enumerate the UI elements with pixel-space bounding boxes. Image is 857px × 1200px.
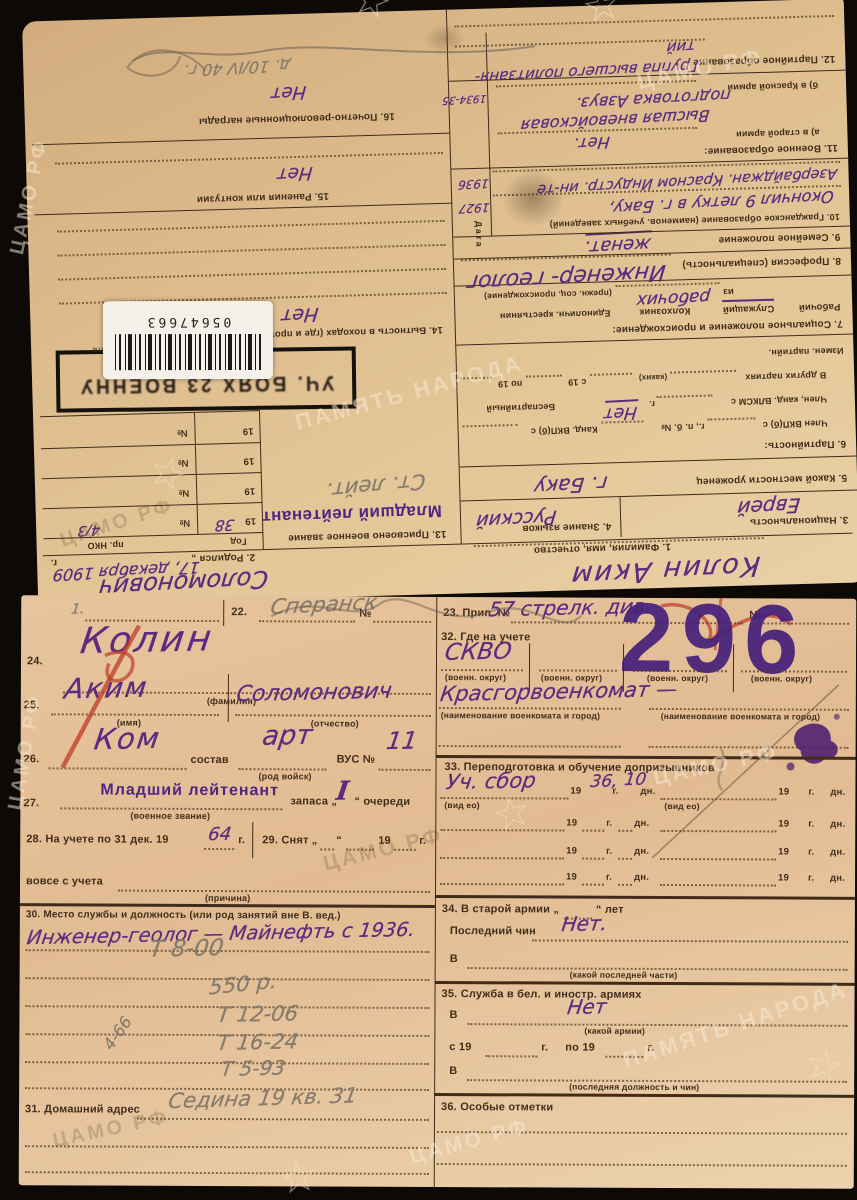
pencil-flourish bbox=[22, 0, 857, 605]
scanned-registration-card: Колин Аким Соломонович 1. Фамилия, имя, … bbox=[0, 0, 857, 1200]
card-front-flipped-content: Колин Аким Соломонович 1. Фамилия, имя, … bbox=[22, 0, 857, 605]
pencil-squiggle bbox=[19, 595, 857, 1189]
card-front-page: Колин Аким Соломонович 1. Фамилия, имя, … bbox=[22, 0, 857, 605]
card-back-page: 1. 22. Сперанск № 24. Колин (фамилия) 25… bbox=[19, 595, 857, 1189]
